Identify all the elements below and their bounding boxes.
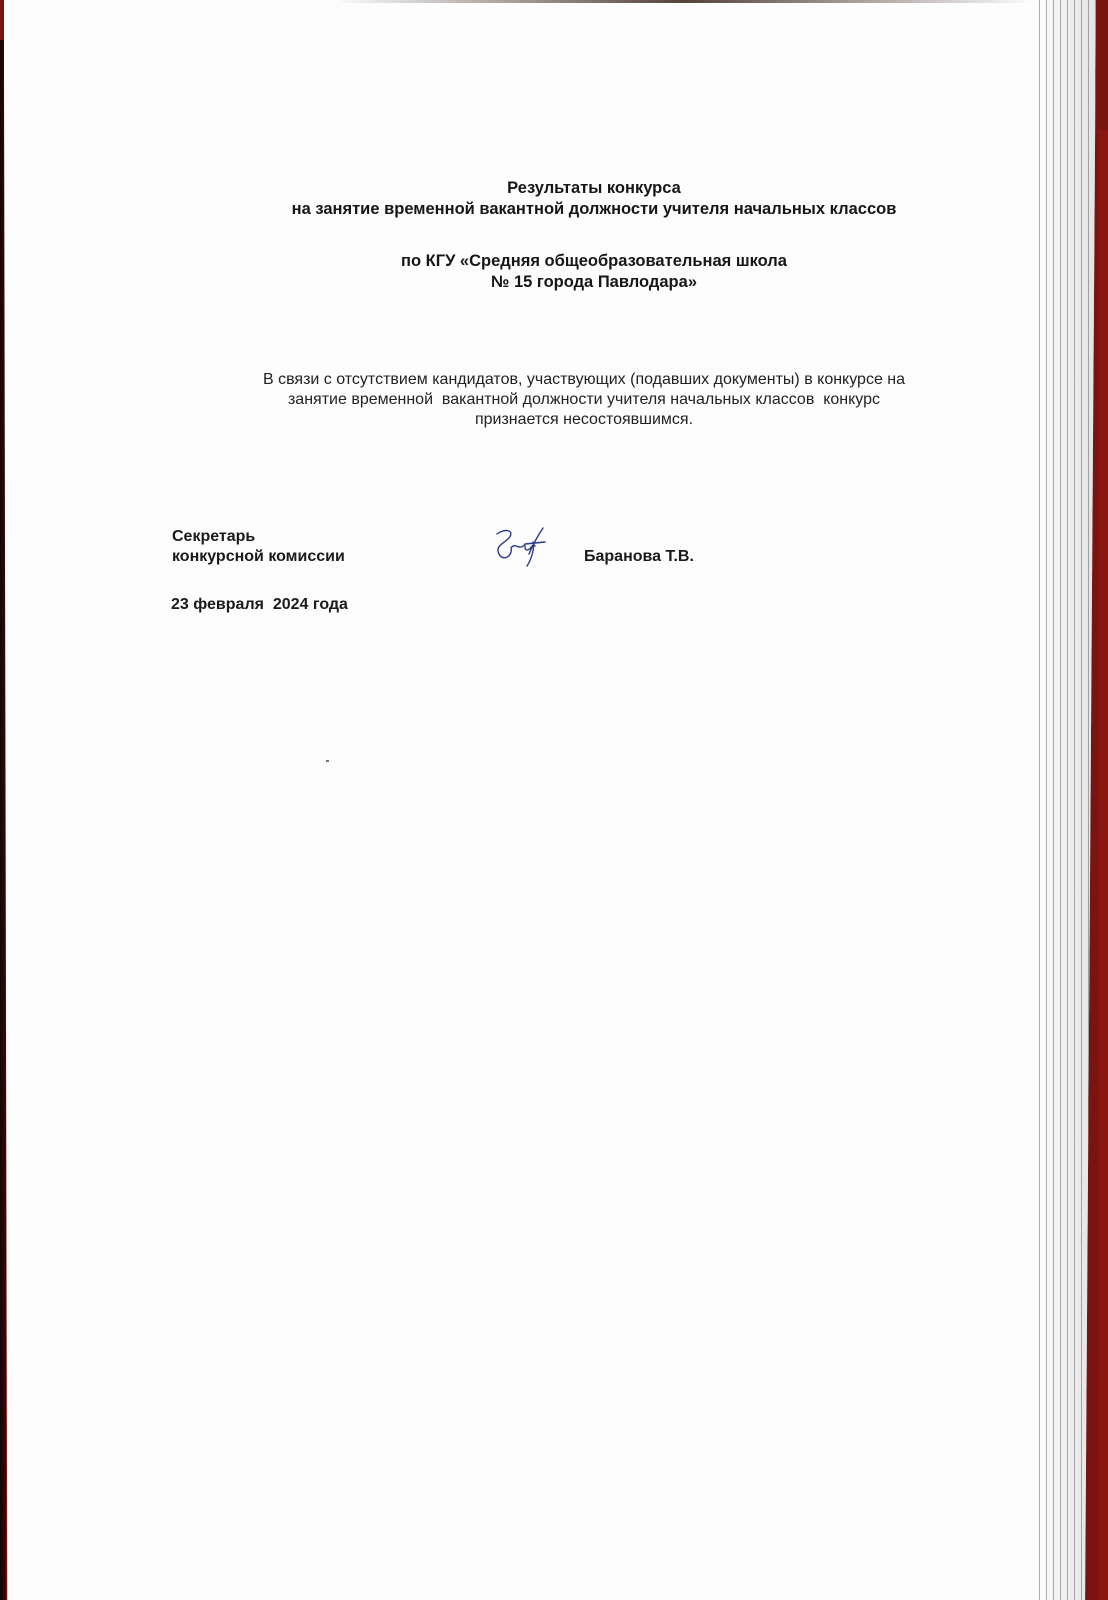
body-line-3: признается несостоявшимся. bbox=[169, 410, 999, 430]
title-line-1: Результаты конкурса bbox=[204, 178, 984, 199]
scan-speck bbox=[326, 760, 329, 762]
page-stack-edge bbox=[1036, 0, 1096, 1600]
body-paragraph: В связи с отсутствием кандидатов, участв… bbox=[169, 370, 999, 430]
document-title: Результаты конкурса на занятие временной… bbox=[204, 178, 984, 220]
background-edge-right bbox=[1098, 130, 1108, 1600]
document-date: 23 февраля 2024 года bbox=[171, 595, 348, 615]
body-line-1: В связи с отсутствием кандидатов, участв… bbox=[169, 370, 999, 390]
document-page: Результаты конкурса на занятие временной… bbox=[4, 0, 1096, 1600]
title-line-2: на занятие временной вакантной должности… bbox=[204, 199, 984, 220]
body-line-2: занятие временной вакантной должности уч… bbox=[169, 390, 999, 410]
role-line-2: конкурсной комиссии bbox=[172, 547, 345, 567]
page-top-shadow bbox=[334, 0, 1034, 3]
organization-name: по КГУ «Средняя общеобразовательная школ… bbox=[204, 251, 984, 293]
signatory-role: Секретарь конкурсной комиссии bbox=[172, 527, 345, 567]
signatory-name: Баранова Т.В. bbox=[584, 547, 694, 567]
role-line-1: Секретарь bbox=[172, 527, 345, 547]
handwritten-signature-icon bbox=[489, 520, 549, 570]
organization-line-2: № 15 города Павлодара» bbox=[204, 272, 984, 293]
organization-line-1: по КГУ «Средняя общеобразовательная школ… bbox=[204, 251, 984, 272]
